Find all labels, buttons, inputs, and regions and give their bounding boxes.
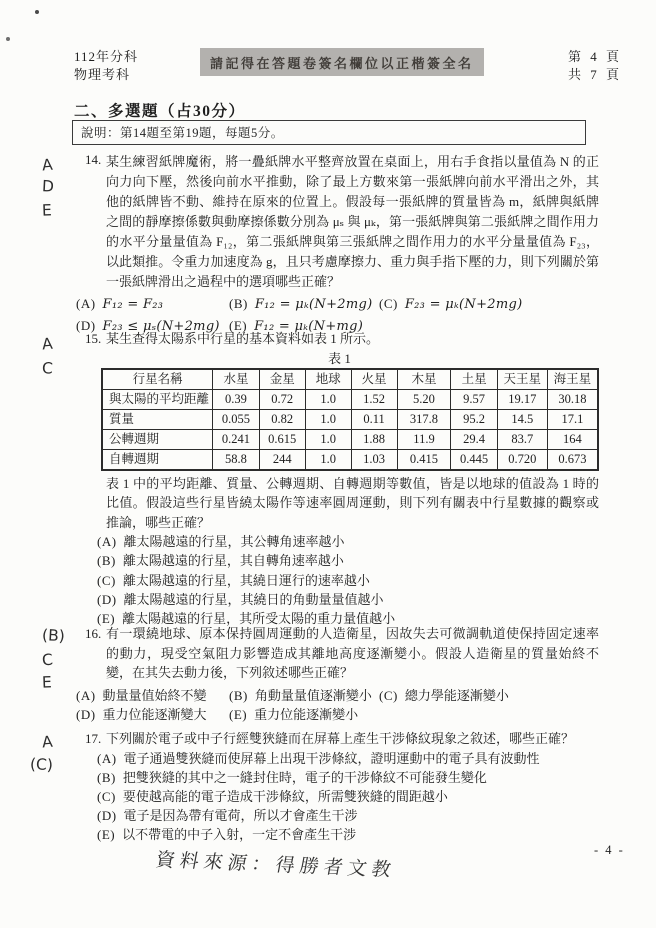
table-header-cell: 地球	[305, 369, 351, 390]
option-text: 角動量量值逐漸變小	[255, 688, 372, 703]
table-cell: 0.720	[497, 449, 547, 470]
table-cell: 58.8	[213, 449, 259, 470]
question-14: A D E 14. 某生練習紙牌魔術，將一疊紙牌水平整齊放置在桌面上，用右手食指…	[0, 152, 656, 337]
handwritten-answer: A	[41, 729, 77, 755]
exam-year: 112年分科	[74, 48, 194, 66]
option-d: (D)離太陽越遠的行星，其繞日的角動量量值越小	[97, 590, 395, 609]
table-cell: 11.9	[397, 429, 451, 449]
table-row-label: 與太陽的平均距離	[102, 389, 213, 409]
table-cell: 0.445	[451, 449, 497, 470]
option-text: 把雙狹縫的其中之一縫封住時，電子的干涉條紋不可能發生變化	[123, 770, 487, 785]
table-cell: 0.39	[213, 389, 259, 409]
table-row: 公轉週期 0.241 0.615 1.0 1.88 11.9 29.4 83.7…	[102, 429, 598, 449]
option-text: 電子通過雙狹縫而使屏幕上出現干涉條紋，證明運動中的電子具有波動性	[124, 751, 540, 766]
option-text: 重力位能逐漸變大	[103, 707, 207, 722]
handwritten-answer: C	[41, 647, 77, 673]
table-header-cell: 天王星	[497, 369, 547, 390]
question-16: (B) C E 16. 有一環繞地球、原本保持圓周運動的人造衛星，因故失去可微調…	[0, 624, 656, 725]
handwritten-answer: E	[42, 670, 77, 694]
handwritten-answer: C	[41, 355, 76, 383]
option-a: (A)F₁₂ = F₂₃	[76, 294, 229, 316]
option-c: (C)離太陽越遠的行星，其繞日運行的速率越小	[97, 571, 395, 590]
handwritten-answer: D	[41, 175, 76, 200]
table-cell: 14.5	[497, 409, 547, 429]
option-a: (A)動量量值始終不變	[76, 686, 229, 706]
option-d: (D)重力位能逐漸變大	[76, 705, 229, 725]
table-cell: 0.415	[397, 449, 451, 470]
table-cell: 1.0	[305, 389, 351, 409]
question-15: A C 15. 某生查得太陽系中行星的基本資料如表 1 所示。 表 1 行星名稱…	[0, 329, 656, 628]
table-cell: 1.88	[351, 429, 397, 449]
page-indicator: 第 4 頁 共 7 頁	[568, 48, 622, 84]
table-caption: 表 1	[101, 350, 578, 367]
table-cell: 29.4	[451, 429, 497, 449]
section-instructions: 說明：第14題至第19題，每題5分。	[72, 120, 586, 145]
question-15-options: (A)離太陽越遠的行星，其公轉角速率越小 (B)離太陽越遠的行星，其自轉角速率越…	[106, 532, 395, 628]
table-cell: 19.17	[497, 389, 547, 409]
exam-subject: 物理考科	[74, 66, 194, 84]
option-a: (A)電子通過雙狹縫而使屏幕上出現干涉條紋，證明運動中的電子具有波動性	[97, 749, 540, 768]
question-number: 16.	[85, 624, 106, 683]
option-text: 離太陽越遠的行星，其繞日的角動量量值越小	[124, 592, 384, 607]
scan-artifact-dot	[6, 37, 10, 41]
exam-page-scan: 112年分科 物理考科 請記得在答題卷簽名欄位以正楷簽全名 第 4 頁 共 7 …	[0, 0, 656, 928]
handwritten-answers-q16: (B) C E	[0, 624, 85, 725]
table-cell: 0.11	[351, 409, 397, 429]
table-cell: 0.82	[259, 409, 305, 429]
table-cell: 244	[259, 449, 305, 470]
table-header-cell: 木星	[397, 369, 451, 390]
question-intro: 某生查得太陽系中行星的基本資料如表 1 所示。	[106, 329, 599, 349]
option-b: (B)離太陽越遠的行星，其自轉角速率越小	[97, 551, 395, 570]
option-c: (C)總力學能逐漸變小	[379, 686, 599, 706]
table-header-cell: 行星名稱	[102, 369, 213, 390]
section-title: 二、多選題（占30分）	[74, 99, 246, 121]
table-cell: 317.8	[397, 409, 451, 429]
handwritten-source-note: 資料來源：得勝者文教	[154, 845, 399, 882]
table-cell: 164	[547, 429, 598, 449]
question-number: 14.	[85, 152, 106, 292]
table-cell: 0.673	[547, 449, 598, 470]
option-b: (B)把雙狹縫的其中之一縫封住時，電子的干涉條紋不可能發生變化	[97, 768, 540, 787]
handwritten-answers-q15: A C	[0, 329, 85, 628]
table-header-cell: 金星	[259, 369, 305, 390]
question-17-options: (A)電子通過雙狹縫而使屏幕上出現干涉條紋，證明運動中的電子具有波動性 (B)把…	[106, 749, 540, 844]
table-row-label: 自轉週期	[102, 449, 213, 470]
table-header-cell: 海王星	[547, 369, 598, 390]
table-cell: 83.7	[497, 429, 547, 449]
table-row-label: 質量	[102, 409, 213, 429]
table-cell: 0.055	[213, 409, 259, 429]
question-17: A (C) 17. 下列關於電子或中子行經雙狹縫而在屏幕上產生干涉條紋現象之敘述…	[0, 729, 656, 844]
exam-identifier: 112年分科 物理考科	[74, 48, 194, 84]
handwritten-answer: A	[41, 152, 77, 178]
option-a: (A)離太陽越遠的行星，其公轉角速率越小	[97, 532, 395, 551]
table-header-cell: 土星	[451, 369, 497, 390]
option-c: (C)要使越高能的電子造成干涉條紋，所需雙狹縫的間距越小	[97, 787, 540, 806]
table-row: 與太陽的平均距離 0.39 0.72 1.0 1.52 5.20 9.57 19…	[102, 389, 598, 409]
page-header: 112年分科 物理考科 請記得在答題卷簽名欄位以正楷簽全名 第 4 頁 共 7 …	[74, 48, 622, 84]
table-cell: 5.20	[397, 389, 451, 409]
table-cell: 1.0	[305, 429, 351, 449]
option-text: 離太陽越遠的行星，其自轉角速率越小	[123, 553, 344, 568]
table-cell: 95.2	[451, 409, 497, 429]
question-body: 某生練習紙牌魔術，將一疊紙牌水平整齊放置在桌面上，用右手食指以量值為 N 的正向…	[106, 152, 599, 292]
table-cell: 9.57	[451, 389, 497, 409]
table-header-cell: 火星	[351, 369, 397, 390]
handwritten-answers-q14: A D E	[0, 152, 85, 337]
question-body: 下列關於電子或中子行經雙狹縫而在屏幕上產生干涉條紋現象之敘述，哪些正確？	[106, 729, 599, 749]
option-formula: F₁₂ = μₖ(N+2mg)	[255, 297, 373, 312]
table-row-label: 公轉週期	[102, 429, 213, 449]
page-total: 共 7 頁	[568, 66, 622, 84]
question-number: 15.	[85, 329, 106, 349]
table-cell: 30.18	[547, 389, 598, 409]
question-body: 有一環繞地球、原本保持圓周運動的人造衛星，因故失去可微調軌道使保持固定速率的動力…	[106, 624, 599, 683]
option-text: 離太陽越遠的行星，其繞日運行的速率越小	[123, 573, 370, 588]
handwritten-answer: (B)	[41, 624, 76, 649]
handwritten-answers-q17: A (C)	[0, 729, 85, 844]
table-cell: 0.615	[259, 429, 305, 449]
page-number: - 4 -	[594, 843, 625, 858]
question-body: 表 1 中的平均距離、質量、公轉週期、自轉週期等數值，皆是以地球的值設為 1 時…	[106, 474, 599, 533]
handwritten-answer: (C)	[29, 752, 64, 778]
option-text: 重力位能逐漸變小	[254, 707, 358, 722]
question-16-options: (A)動量量值始終不變 (B)角動量量值逐漸變小 (C)總力學能逐漸變小 (D)…	[76, 686, 599, 725]
option-b: (B)角動量量值逐漸變小	[229, 686, 379, 706]
signature-reminder-stamp: 請記得在答題卷簽名欄位以正楷簽全名	[200, 48, 484, 76]
table-cell: 1.0	[305, 409, 351, 429]
table-cell: 1.52	[351, 389, 397, 409]
question-number: 17.	[85, 729, 106, 749]
option-text: 總力學能逐漸變小	[405, 688, 509, 703]
option-b: (B)F₁₂ = μₖ(N+2mg)	[229, 294, 379, 316]
table-row: 質量 0.055 0.82 1.0 0.11 317.8 95.2 14.5 1…	[102, 409, 598, 429]
table-header-row: 行星名稱 水星 金星 地球 火星 木星 土星 天王星 海王星	[102, 369, 598, 390]
planet-data-table: 行星名稱 水星 金星 地球 火星 木星 土星 天王星 海王星 與太陽的平均距離	[101, 368, 599, 471]
option-formula: F₁₂ = F₂₃	[103, 297, 164, 312]
table-header-cell: 水星	[213, 369, 259, 390]
table-cell: 1.0	[305, 449, 351, 470]
page-current: 第 4 頁	[568, 48, 622, 66]
option-text: 電子是因為帶有電荷，所以才會產生干涉	[124, 808, 358, 823]
table-cell: 1.03	[351, 449, 397, 470]
table-cell: 0.72	[259, 389, 305, 409]
table-cell: 17.1	[547, 409, 598, 429]
option-text: 離太陽越遠的行星，其公轉角速率越小	[124, 534, 345, 549]
option-c: (C)F₂₃ = μₖ(N+2mg)	[379, 294, 599, 316]
option-formula: F₂₃ = μₖ(N+2mg)	[405, 297, 523, 312]
option-text: 動量量值始終不變	[103, 688, 207, 703]
handwritten-answer: A	[41, 329, 77, 358]
option-e: (E)以不帶電的中子入射，一定不會產生干涉	[97, 825, 540, 844]
handwritten-answer: E	[42, 198, 77, 222]
option-e: (E)重力位能逐漸變小	[229, 705, 379, 725]
table-cell: 0.241	[213, 429, 259, 449]
option-text: 以不帶電的中子入射，一定不會產生干涉	[122, 827, 356, 842]
option-d: (D)電子是因為帶有電荷，所以才會產生干涉	[97, 806, 540, 825]
option-text: 要使越高能的電子造成干涉條紋，所需雙狹縫的間距越小	[123, 789, 448, 804]
scan-artifact-dot	[35, 10, 39, 14]
table-row: 自轉週期 58.8 244 1.0 1.03 0.415 0.445 0.720…	[102, 449, 598, 470]
